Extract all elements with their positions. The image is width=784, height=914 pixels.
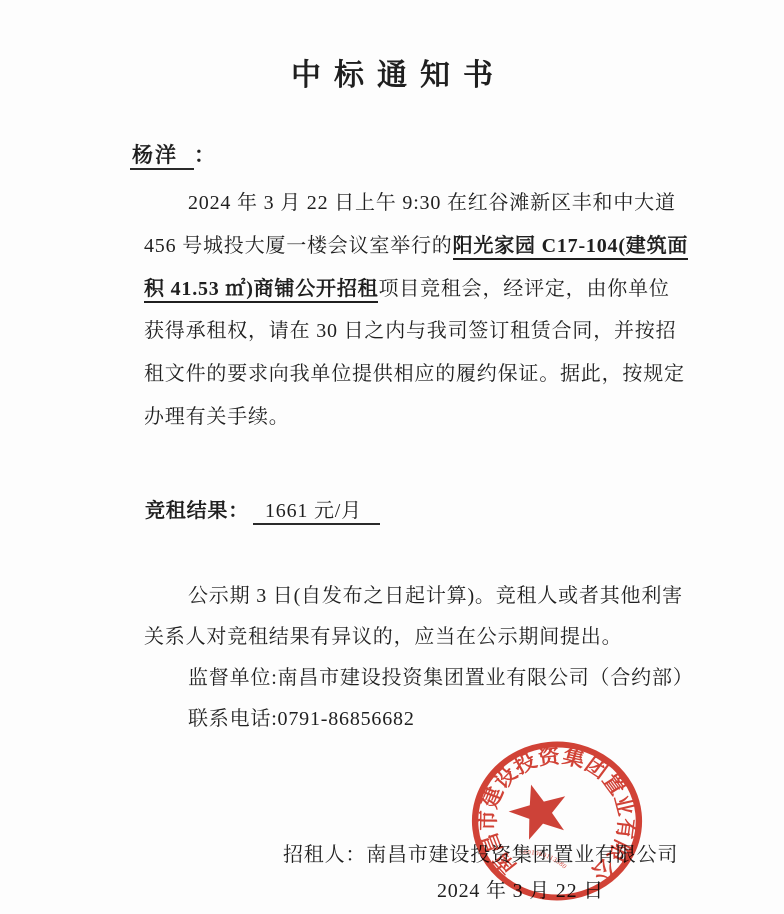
paragraph-line: 关系人对竞租结果有异议的，应当在公示期间提出。 [144, 617, 664, 658]
text-run: 项目竞租会，经评定，由你单位 [378, 278, 669, 300]
paragraph-line: 租文件的要求向我单位提供相应的履约保证。据此，按规定 [144, 353, 664, 396]
bid-result-value: 1661 元/月 [253, 500, 380, 525]
lessor-signature-line: 招租人：南昌市建设投资集团置业有限公司 [283, 838, 678, 872]
lessor-label: 招租人： [283, 844, 366, 866]
project-name-emphasis: 积 41.53 ㎡)商铺公开招租 [144, 278, 378, 303]
paragraph-line: 获得承租权，请在 30 日之内与我司签订租赁合同，并按招 [144, 310, 664, 353]
body-paragraph-1: 2024 年 3 月 22 日上午 9:30 在红谷滩新区丰和中大道 456 号… [144, 182, 664, 439]
paragraph-line: 积 41.53 ㎡)商铺公开招租项目竞租会，经评定，由你单位 [144, 268, 664, 311]
project-name-emphasis: 阳光家园 C17-104(建筑面 [453, 235, 689, 260]
paragraph-line: 2024 年 3 月 22 日上午 9:30 在红谷滩新区丰和中大道 [144, 182, 664, 225]
paragraph-line: 456 号城投大厦一楼会议室举行的阳光家园 C17-104(建筑面 [144, 225, 664, 268]
document-date: 2024 年 3 月 22 日 [437, 874, 604, 908]
text-run: 456 号城投大厦一楼会议室举行的 [144, 235, 453, 257]
lessor-name: 南昌市建设投资集团置业有限公司 [366, 844, 678, 866]
recipient-line: 杨洋： [130, 138, 215, 172]
recipient-colon: ： [194, 143, 215, 167]
paragraph-line: 办理有关手续。 [144, 396, 664, 439]
scanned-document-page: 中标通知书 杨洋： 2024 年 3 月 22 日上午 9:30 在红谷滩新区丰… [0, 0, 784, 914]
bid-result-label: 竞租结果： [145, 500, 249, 522]
seal-star-icon [506, 781, 570, 841]
bid-result-line: 竞租结果：1661 元/月 [145, 490, 380, 532]
paragraph-line: 公示期 3 日(自发布之日起计算)。竞租人或者其他利害 [144, 576, 664, 617]
document-title: 中标通知书 [0, 50, 784, 94]
supervisor-line: 监督单位:南昌市建设投资集团置业有限公司（合约部） [144, 658, 664, 699]
contact-phone-line: 联系电话:0791-86856682 [144, 699, 664, 740]
recipient-name: 杨洋 [130, 143, 194, 170]
body-paragraph-2: 公示期 3 日(自发布之日起计算)。竞租人或者其他利害 关系人对竞租结果有异议的… [144, 576, 664, 740]
